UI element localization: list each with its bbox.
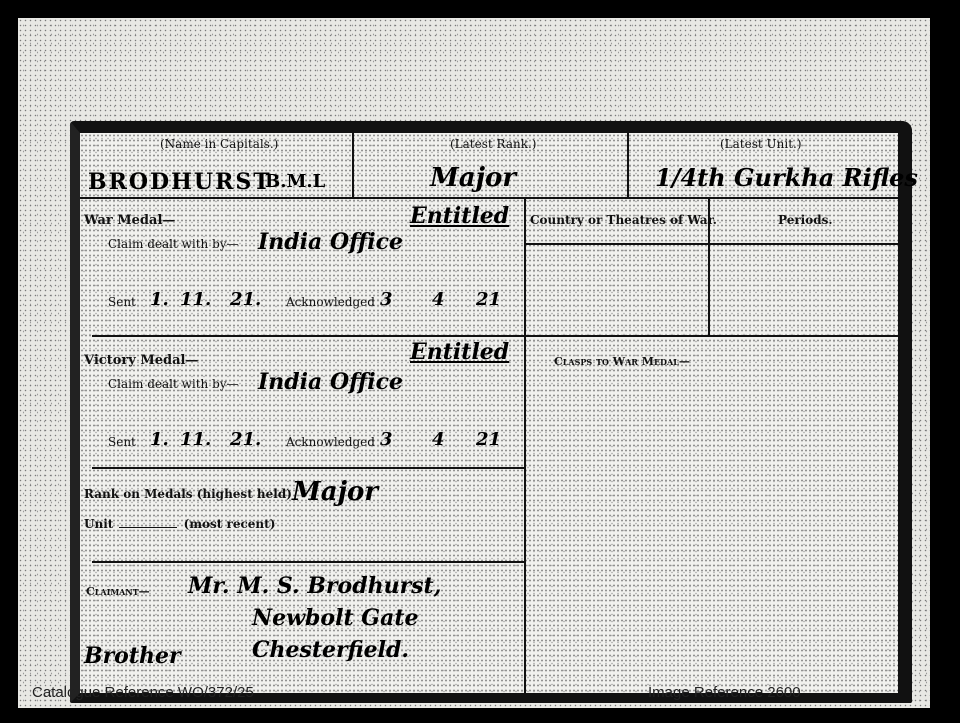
claimant-line-3: Chesterfield. bbox=[252, 637, 409, 663]
theatres-header-rule bbox=[524, 243, 898, 245]
periods-header: Periods. bbox=[778, 213, 833, 227]
country-header: Country or Theatres of War. bbox=[530, 213, 717, 227]
war-medal-ack-year: 21 bbox=[476, 289, 501, 310]
claimant-line-1: Mr. M. S. Brodhurst, bbox=[188, 573, 441, 599]
victory-medal-title: Victory Medal— bbox=[84, 353, 198, 368]
victory-medal-sent-month: 11. bbox=[180, 429, 211, 450]
claimant-relation: Brother bbox=[84, 643, 181, 669]
victory-medal-claim-value: India Office bbox=[258, 369, 403, 395]
victory-medal-sent-year: 21. bbox=[230, 429, 261, 450]
claimant-line-2: Newbolt Gate bbox=[252, 605, 418, 631]
unit-value: 1/4th Gurkha Rifles bbox=[655, 163, 918, 192]
clasps-label: Clasps to War Medal— bbox=[554, 355, 690, 368]
rank-on-medals-value: Major bbox=[292, 477, 378, 507]
medal-index-card: (Name in Capitals.) BRODHURST B.M.L (Lat… bbox=[70, 121, 912, 703]
war-medal-ack-label: Acknowledged bbox=[286, 295, 375, 309]
name-label: (Name in Capitals.) bbox=[160, 137, 278, 151]
initials-value: B.M.L bbox=[265, 171, 325, 192]
header-bottom-rule bbox=[80, 197, 898, 199]
unit-label: (Latest Unit.) bbox=[720, 137, 802, 151]
unit-on-medals-row: Unit (most recent) bbox=[84, 517, 275, 531]
victory-medal-ack-day: 3 bbox=[380, 429, 393, 450]
victory-medal-claim-label: Claim dealt with by— bbox=[108, 377, 239, 391]
main-column-divider bbox=[524, 197, 526, 693]
war-medal-title: War Medal— bbox=[84, 213, 175, 228]
name-value: BRODHURST bbox=[88, 169, 272, 195]
war-medal-ack-month: 4 bbox=[432, 289, 445, 310]
war-medal-sent-label: Sent bbox=[108, 295, 136, 309]
victory-medal-sent-day: 1. bbox=[150, 429, 169, 450]
victory-medal-ack-label: Acknowledged bbox=[286, 435, 375, 449]
theatres-bottom-rule bbox=[524, 335, 898, 337]
unit-on-medals-label: Unit bbox=[84, 517, 113, 531]
rank-on-medals-label: Rank on Medals (highest held) bbox=[84, 487, 292, 501]
claimant-label: Claimant— bbox=[86, 585, 150, 598]
header-divider-1 bbox=[352, 133, 354, 199]
victory-medal-bottom-rule bbox=[92, 467, 524, 469]
catalogue-reference: Catalogue Reference WO/372/25 bbox=[32, 684, 254, 701]
war-medal-ack-day: 3 bbox=[380, 289, 393, 310]
header-divider-2 bbox=[627, 133, 629, 199]
war-medal-bottom-rule bbox=[92, 335, 524, 337]
unit-on-medals-suffix: (most recent) bbox=[184, 517, 276, 531]
war-medal-sent-month: 11. bbox=[180, 289, 211, 310]
victory-medal-status: Entitled bbox=[410, 339, 509, 365]
war-medal-sent-day: 1. bbox=[150, 289, 169, 310]
victory-medal-ack-year: 21 bbox=[476, 429, 501, 450]
war-medal-claim-label: Claim dealt with by— bbox=[108, 237, 239, 251]
unit-on-medals-blank bbox=[119, 527, 177, 528]
rank-value: Major bbox=[430, 163, 516, 193]
rank-bottom-rule bbox=[92, 561, 524, 563]
victory-medal-sent-label: Sent bbox=[108, 435, 136, 449]
image-reference: Image Reference 2600 bbox=[648, 684, 801, 701]
scanned-page: (Name in Capitals.) BRODHURST B.M.L (Lat… bbox=[18, 18, 930, 708]
war-medal-sent-year: 21. bbox=[230, 289, 261, 310]
war-medal-status: Entitled bbox=[410, 203, 509, 229]
war-medal-claim-value: India Office bbox=[258, 229, 403, 255]
victory-medal-ack-month: 4 bbox=[432, 429, 445, 450]
rank-label: (Latest Rank.) bbox=[450, 137, 536, 151]
